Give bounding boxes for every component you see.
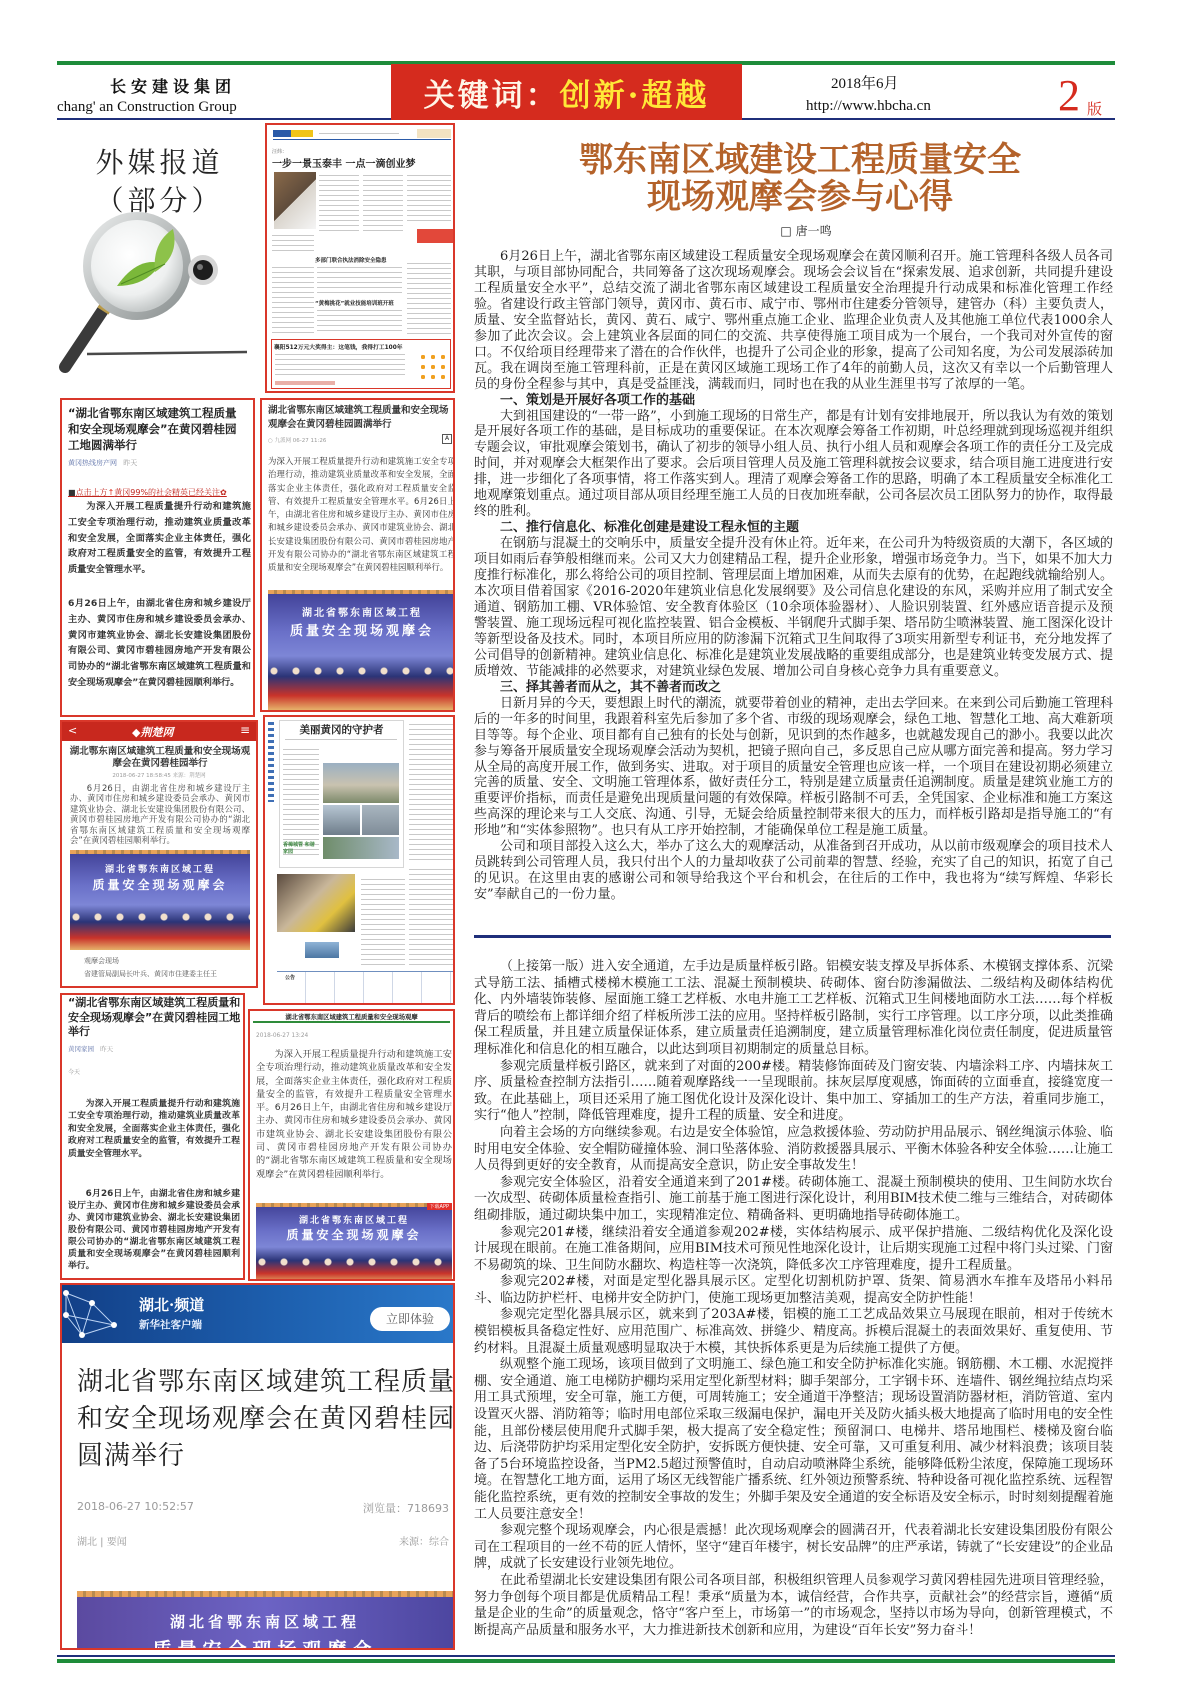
paper-photo-small — [305, 942, 339, 958]
banner-line1: 湖北省鄂东南区域工程 — [268, 604, 455, 619]
clip-source: 黄冈热线房产网 — [68, 459, 117, 467]
section-heading: 三、择其善者而从之，其不善者而改之 — [474, 680, 1113, 696]
clip-source: 来源：综合 — [399, 1533, 449, 1548]
back-arrow-icon: < — [68, 724, 77, 737]
page-number: 2 — [1058, 74, 1080, 118]
app-name: 荆楚网 — [140, 726, 173, 739]
paper-side-strip — [268, 722, 274, 802]
banner-line2: 质量安全现场观摩会 — [268, 620, 455, 639]
paper-red-ad — [417, 229, 453, 243]
paper-logo-text: 香樟城管 和谐家园 — [283, 841, 315, 855]
clip-title: 湖北鄂东南区域建筑工程质量和安全现场观摩会在黄冈碧桂园举行 — [68, 746, 252, 769]
company-name-en: chang' an Construction Group — [57, 99, 237, 116]
paper-text-col — [317, 265, 402, 295]
continuation-paragraph: 参观完201#楼，继续沿着安全通道参观202#楼，实体结构展示、成平保护措施、二… — [474, 1225, 1113, 1275]
paper-subtitle — [285, 737, 397, 741]
clip-meta: 2018-06-27 13:24 — [256, 1033, 308, 1039]
clipping-newspaper-1: 汪炜： 一步一景玉泰丰 一点一滴创业梦 多部门联合执法消除安全隐患 “黄梅挑花”… — [265, 123, 455, 393]
paper-photo-street — [323, 763, 399, 803]
clip-source-line: 黄冈热线房产网 昨天 — [68, 458, 137, 468]
paper-photo-people — [277, 874, 355, 932]
paper-notice-label: 公告 — [285, 974, 295, 981]
clip-time: 昨天 — [100, 1045, 113, 1053]
clipping-app-xinhua: 湖北·频道 新华社客户端 立即体验 湖北省鄂东南区域建筑工程质量和安全现场观摩会… — [60, 1283, 455, 1650]
paper-photo — [362, 805, 399, 835]
conference-photo: 湖北省鄂东南区域工程 质量安全现场观摩会 — [268, 590, 455, 710]
article-byline: □ 唐一鸣 — [474, 222, 1138, 239]
banner-line1: 湖北省鄂东南区域工程 — [256, 1213, 452, 1226]
continuation-paragraph: 在此希望湖北长安建设集团有限公司各项目部，积极组织管理人员参观学习黄冈碧桂园先进… — [474, 1573, 1113, 1639]
website-url: http://www.hbcha.cn — [806, 98, 931, 115]
continuation-paragraph: （上接第一版）进入安全通道，左手边是质量样板引路。铝模安装支撑及早拆体系、木模钢… — [474, 959, 1113, 1059]
paper-headline: 美丽黄冈的守护者 — [279, 722, 404, 737]
clip-title: 湖北省鄂东南区域建筑工程质量和安全现场观摩会在黄冈碧桂园圆满举行 — [77, 1364, 455, 1475]
paper-text-col — [409, 867, 453, 967]
clip-meta: 2018-06-27 18:58:45 来源：荆楚网 — [62, 771, 256, 779]
paper-text-col — [317, 308, 402, 335]
continuation-paragraph: 向着主会场的方向继续参观。右边是安全体验馆，应急救援体验、劳动防护用品展示、钢丝… — [474, 1125, 1113, 1175]
photo-people-row — [256, 1257, 452, 1267]
network-globe-icon — [62, 1285, 132, 1343]
paper-kicker: 汪炜： — [272, 148, 287, 155]
clipping-wechat-hgrx: “湖北省鄂东南区域建筑工程质量和安全现场观摩会”在黄冈碧桂园工地圆满举行 黄冈热… — [60, 398, 255, 717]
page-suffix: 版 — [1087, 98, 1102, 119]
continuation-paragraph: 参观完定型化器具展示区，就来到了203A#楼，铝模的施工工艺成品效果立马展现在眼… — [474, 1307, 1113, 1357]
paper-subhead: 多部门联合执法消除安全隐患 — [315, 256, 387, 264]
clip-meta-text: 九派网 06-27 11:26 — [275, 438, 327, 444]
paper-subhead: “黄梅挑花”就业技能培训班开班 — [315, 299, 394, 307]
continuation-paragraph: 纵观整个施工现场，该项目做到了文明施工、绿色施工和安全防护标准化实施。钢筋棚、木… — [474, 1357, 1113, 1523]
media-reports-graphic: 外媒报道 （部分） — [57, 123, 262, 393]
banner-line2: 质量安全现场观摩会 — [70, 876, 250, 893]
clip-meta: ○ 九派网 06-27 11:26 — [268, 436, 326, 444]
clip-category: 湖北 | 要闻 — [77, 1533, 127, 1548]
clip-promo: ■点击上方↑黄冈99%的社会精英已经关注✿ — [68, 487, 227, 498]
article-title: 鄂东南区域建设工程质量安全 现场观摩会参与心得 — [474, 142, 1126, 216]
clipping-app-jingchu: < ◆荆楚网 ≡ 湖北鄂东南区域建筑工程质量和安全现场观摩会在黄冈碧桂园举行 2… — [60, 720, 258, 988]
paper-photo — [323, 837, 399, 859]
paper-lottery-box: 襄阳512万元大奖得主：这笔钱，我得打工100年 — [271, 339, 451, 389]
section-heading: 二、推行信息化、标准化创建是建设工程永恒的主题 — [474, 520, 1113, 536]
clip-text: 省建管局副局长叶兵、黄冈市住建委主任王 — [84, 969, 217, 979]
paper-bottom-headline: 襄阳512万元大奖得主：这笔钱，我得打工100年 — [274, 342, 403, 351]
download-app-badge: 下载APP — [427, 1203, 452, 1210]
paper-text-col — [363, 173, 403, 235]
clipping-newspaper-2: 美丽黄冈的守护者 香樟城管 和谐家园 公告 — [263, 715, 455, 1005]
clip-paragraph: 为深入开展工程质量提升行动和建筑施工安全专项治理行动，推动建筑业质量改革和安全发… — [68, 499, 251, 578]
continuation-paragraph: 参观完202#楼，对面是定型化器具展示区。定型化切割机防护罩、货架、简易洒水车推… — [474, 1274, 1113, 1307]
keyword-value: 创新·超越 — [560, 70, 710, 115]
clip-header-rule — [253, 1021, 450, 1023]
clip-text: 6月26日，由湖北省住房和城乡建设厅主办、黄冈市住房和城乡建设委员会承办、黄冈市… — [70, 783, 250, 845]
clip-paragraph: 6月26日上午，由湖北省住房和城乡建设厅主办、黄冈市住房和城乡建设委员会承办、黄… — [68, 1188, 240, 1272]
clip-paragraph: 为深入开展工程质量提升行动和建筑施工安全专项治理行动，推动建筑业质量改革和安全发… — [68, 1098, 240, 1160]
square-bullet-icon: ■ — [68, 488, 76, 497]
issue-date: 2018年6月 — [831, 72, 899, 93]
paper-top-rule — [273, 139, 451, 140]
photo-people-row — [268, 666, 455, 676]
continuation-body: （上接第一版）进入安全通道，左手边是质量样板引路。铝模安装支撑及早拆体系、木模钢… — [474, 959, 1113, 1639]
clip-views: 浏览量：718693 — [363, 1500, 449, 1516]
clip-source-line: 黄冈家园 昨天 — [68, 1044, 113, 1053]
banner-line2: 质量安全现场观摩会 — [256, 1226, 452, 1243]
clipping-web-2: 湖北省鄂东南区域建筑工程质量和安全现场观摩 2018-06-27 13:24 为… — [248, 1009, 455, 1281]
clip-date: 2018-06-27 10:52:57 — [77, 1500, 194, 1513]
banner-line1: 湖北省鄂东南区域工程 — [77, 1611, 453, 1632]
article-body: 6月26日上午，湖北省鄂东南区域建设工程质量安全现场观摩会在黄冈顺利召开。施工管… — [474, 249, 1113, 903]
clip-title: 湖北省鄂东南区域建筑工程质量和安全现场观摩会在黄冈碧桂园圆满举行 — [268, 404, 453, 432]
xinhua-channel: 湖北·频道 — [139, 1294, 204, 1315]
banner-line2: 质量安全现场观摩会 — [77, 1635, 453, 1650]
paper-text-col — [407, 173, 451, 225]
paper-label — [273, 130, 291, 137]
bottom-green-rule — [57, 1659, 1115, 1663]
photo-top-strip — [77, 1591, 453, 1597]
article-separator — [474, 935, 1111, 938]
article-title-line2: 现场观摩会参与心得 — [474, 179, 1126, 216]
clip-text: 为深入开展工程质量提升行动和建筑施工安全专项治理行动，推动建筑业质量改革和安全发… — [256, 1048, 452, 1181]
clip-promo-link: 黄冈99%的社会精英已经关注 — [114, 488, 220, 497]
paper-text-col — [407, 261, 451, 335]
app-logo: ◆荆楚网 — [132, 724, 173, 740]
paper-label-accent — [291, 130, 313, 137]
article-paragraph: 6月26日上午，湖北省鄂东南区域建设工程质量安全现场观摩会在黄冈顺利召开。施工管… — [474, 249, 1113, 393]
clip-header: 湖北省鄂东南区域建筑工程质量和安全现场观摩 — [250, 1012, 453, 1021]
paper-notice-table: 公告 — [277, 971, 453, 1003]
continuation-paragraph: 参观完质量样板引路区，就来到了对面的200#楼。精装修饰面砖及门窗安装、内墙涂料… — [474, 1059, 1113, 1125]
paper-ad-graphic — [418, 352, 446, 382]
section-heading: 一、策划是开展好各项工作的基础 — [474, 393, 1113, 409]
app-header-bar: < ◆荆楚网 ≡ — [62, 722, 256, 741]
paper-masthead-text — [319, 131, 399, 136]
clip-source: 黄冈家园 — [68, 1045, 94, 1053]
clipping-wechat-hgjy: “湖北省鄂东南区域建筑工程质量和安全现场观摩会”在黄冈碧桂园工地举行 黄冈家园 … — [60, 993, 245, 1280]
conference-photo: 湖北省鄂东南区域工程 质量安全现场观摩会 — [77, 1591, 453, 1650]
paper-text-col — [272, 233, 314, 255]
photo-top-strip — [70, 850, 250, 854]
keyword-label: 关键词： — [424, 70, 560, 115]
try-now-button: 立即体验 — [370, 1307, 450, 1331]
article-paragraph: 日新月异的今天，要想跟上时代的潮流，就要带着创业的精神，走出去学回来。在来到公司… — [474, 696, 1113, 840]
clip-paragraph: 6月26日上午，由湖北省住房和城乡建设厅主办、黄冈市住房和城乡建设委员会承办、黄… — [68, 596, 251, 691]
company-name-cn: 长安建设集团 — [110, 74, 236, 97]
clip-promo-prefix: 点击上方 — [76, 488, 108, 497]
article-paragraph: 大到祖国建设的“一带一路”，小到施工现场的日常生产，都是有计划有安排地展开，所以… — [474, 409, 1113, 521]
continuation-paragraph: 参观完整个现场观摩会，内心很是震撼！此次现场观摩会的圆满召开，代表着湖北长安建设… — [474, 1523, 1113, 1573]
clip-title: “湖北省鄂东南区域建筑工程质量和安全现场观摩会”在黄冈碧桂园工地圆满举行 — [68, 405, 248, 453]
conference-photo: 下载APP 湖北省鄂东南区域工程 质量安全现场观摩会 — [256, 1203, 452, 1281]
xinhua-banner: 湖北·频道 新华社客户端 立即体验 — [62, 1285, 453, 1343]
article-paragraph: 公司和项目部投入这么大，举办了这么大的观摩活动，从准备到召开成功，从以前市级观摩… — [474, 839, 1113, 903]
conference-photo: 湖北省鄂东南区域工程 质量安全现场观摩会 — [70, 850, 250, 950]
paper-text-col — [319, 173, 359, 235]
keyword-banner: 关键词： 创新·超越 — [391, 64, 742, 120]
flower-icon: ✿ — [220, 488, 227, 497]
article-title-line1: 鄂东南区域建设工程质量安全 — [474, 142, 1126, 179]
article-paragraph: 在钢筋与混凝土的交响乐中，质量安全提升没有休止符。近年来，在公司升为特级资质的大… — [474, 536, 1113, 680]
continuation-paragraph: 参观完安全体验区，沿着安全通道来到了201#楼。砖砌体施工、混凝土预制模块的使用… — [474, 1175, 1113, 1225]
paper-footer-strip — [275, 381, 335, 385]
paper-photo — [323, 805, 360, 835]
clipping-web-jiupai: 湖北省鄂东南区域建筑工程质量和安全现场观摩会在黄冈碧桂园圆满举行 ○ 九派网 0… — [260, 398, 455, 712]
paper-photo-portrait — [274, 172, 316, 229]
photo-top-strip — [268, 590, 455, 594]
xinhua-client: 新华社客户端 — [139, 1317, 202, 1332]
font-size-icon: A — [442, 434, 452, 444]
paper-text-col — [275, 352, 405, 378]
paper-logo — [417, 129, 451, 138]
menu-icon: ≡ — [240, 723, 250, 737]
magnifier-leaf-icon — [57, 123, 262, 393]
paper-headline: 一步一景玉泰丰 一点一滴创业梦 — [272, 155, 415, 170]
photo-caption: 观摩会现场 — [84, 956, 119, 966]
clip-text: 为深入开展工程质量提升行动和建筑施工安全专项治理行动，推动建筑业质量改革和安全发… — [268, 455, 455, 575]
paper-text-col — [409, 722, 453, 862]
clip-note: 今天 — [68, 1067, 80, 1076]
photo-people-row — [70, 912, 250, 922]
clip-title: “湖北省鄂东南区域建筑工程质量和安全现场观摩会”在黄冈碧桂园工地举行 — [68, 996, 243, 1040]
clip-time: 昨天 — [123, 459, 137, 467]
paper-text-col — [361, 877, 405, 967]
paper-text-col — [272, 265, 314, 335]
banner-line1: 湖北省鄂东南区域工程 — [70, 862, 250, 875]
photo-top-strip — [256, 1203, 452, 1207]
bottom-navy-rule — [57, 1655, 1115, 1657]
